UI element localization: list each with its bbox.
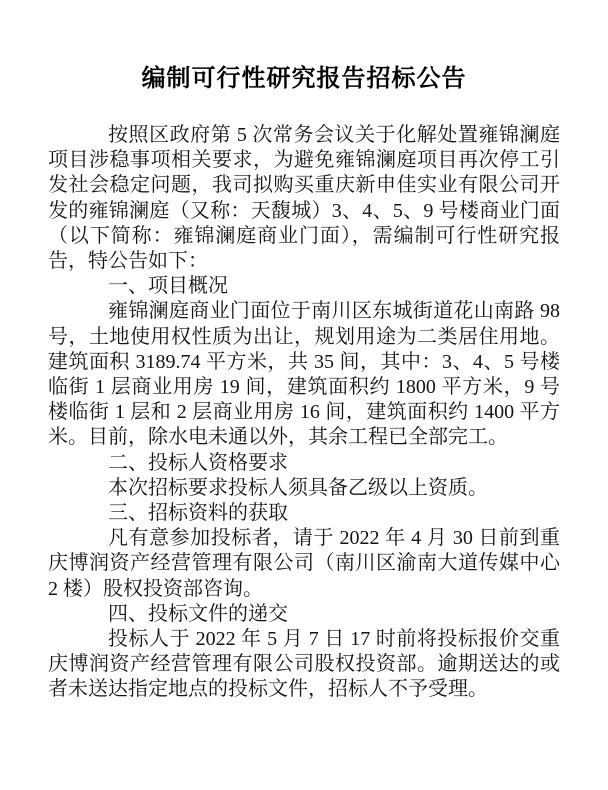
body-paragraph: 本次招标要求投标人须具备乙级以上资质。 bbox=[48, 476, 560, 501]
section-heading: 二、投标人资格要求 bbox=[48, 451, 560, 476]
section-heading: 一、项目概况 bbox=[48, 274, 560, 299]
section-heading: 三、招标资料的获取 bbox=[48, 501, 560, 526]
body-paragraph: 雍锦澜庭商业门面位于南川区东城街道花山南路 98 号，土地使用权性质为出让，规划… bbox=[48, 299, 560, 450]
document-content: 编制可行性研究报告招标公告 按照区政府第 5 次常务会议关于化解处置雍锦澜庭项目… bbox=[0, 0, 608, 703]
body-paragraph: 凡有意参加投标者，请于 2022 年 4 月 30 日前到重庆博润资产经营管理有… bbox=[48, 526, 560, 602]
body-paragraph: 投标人于 2022 年 5 月 7 日 17 时前将投标报价交重庆博润资产经营管… bbox=[48, 627, 560, 703]
document-title: 编制可行性研究报告招标公告 bbox=[48, 64, 560, 94]
document-body: 按照区政府第 5 次常务会议关于化解处置雍锦澜庭项目涉稳事项相关要求，为避免雍锦… bbox=[48, 123, 560, 703]
section-heading: 四、投标文件的递交 bbox=[48, 602, 560, 627]
document-page: 编制可行性研究报告招标公告 按照区政府第 5 次常务会议关于化解处置雍锦澜庭项目… bbox=[0, 0, 608, 790]
body-paragraph: 按照区政府第 5 次常务会议关于化解处置雍锦澜庭项目涉稳事项相关要求，为避免雍锦… bbox=[48, 123, 560, 274]
